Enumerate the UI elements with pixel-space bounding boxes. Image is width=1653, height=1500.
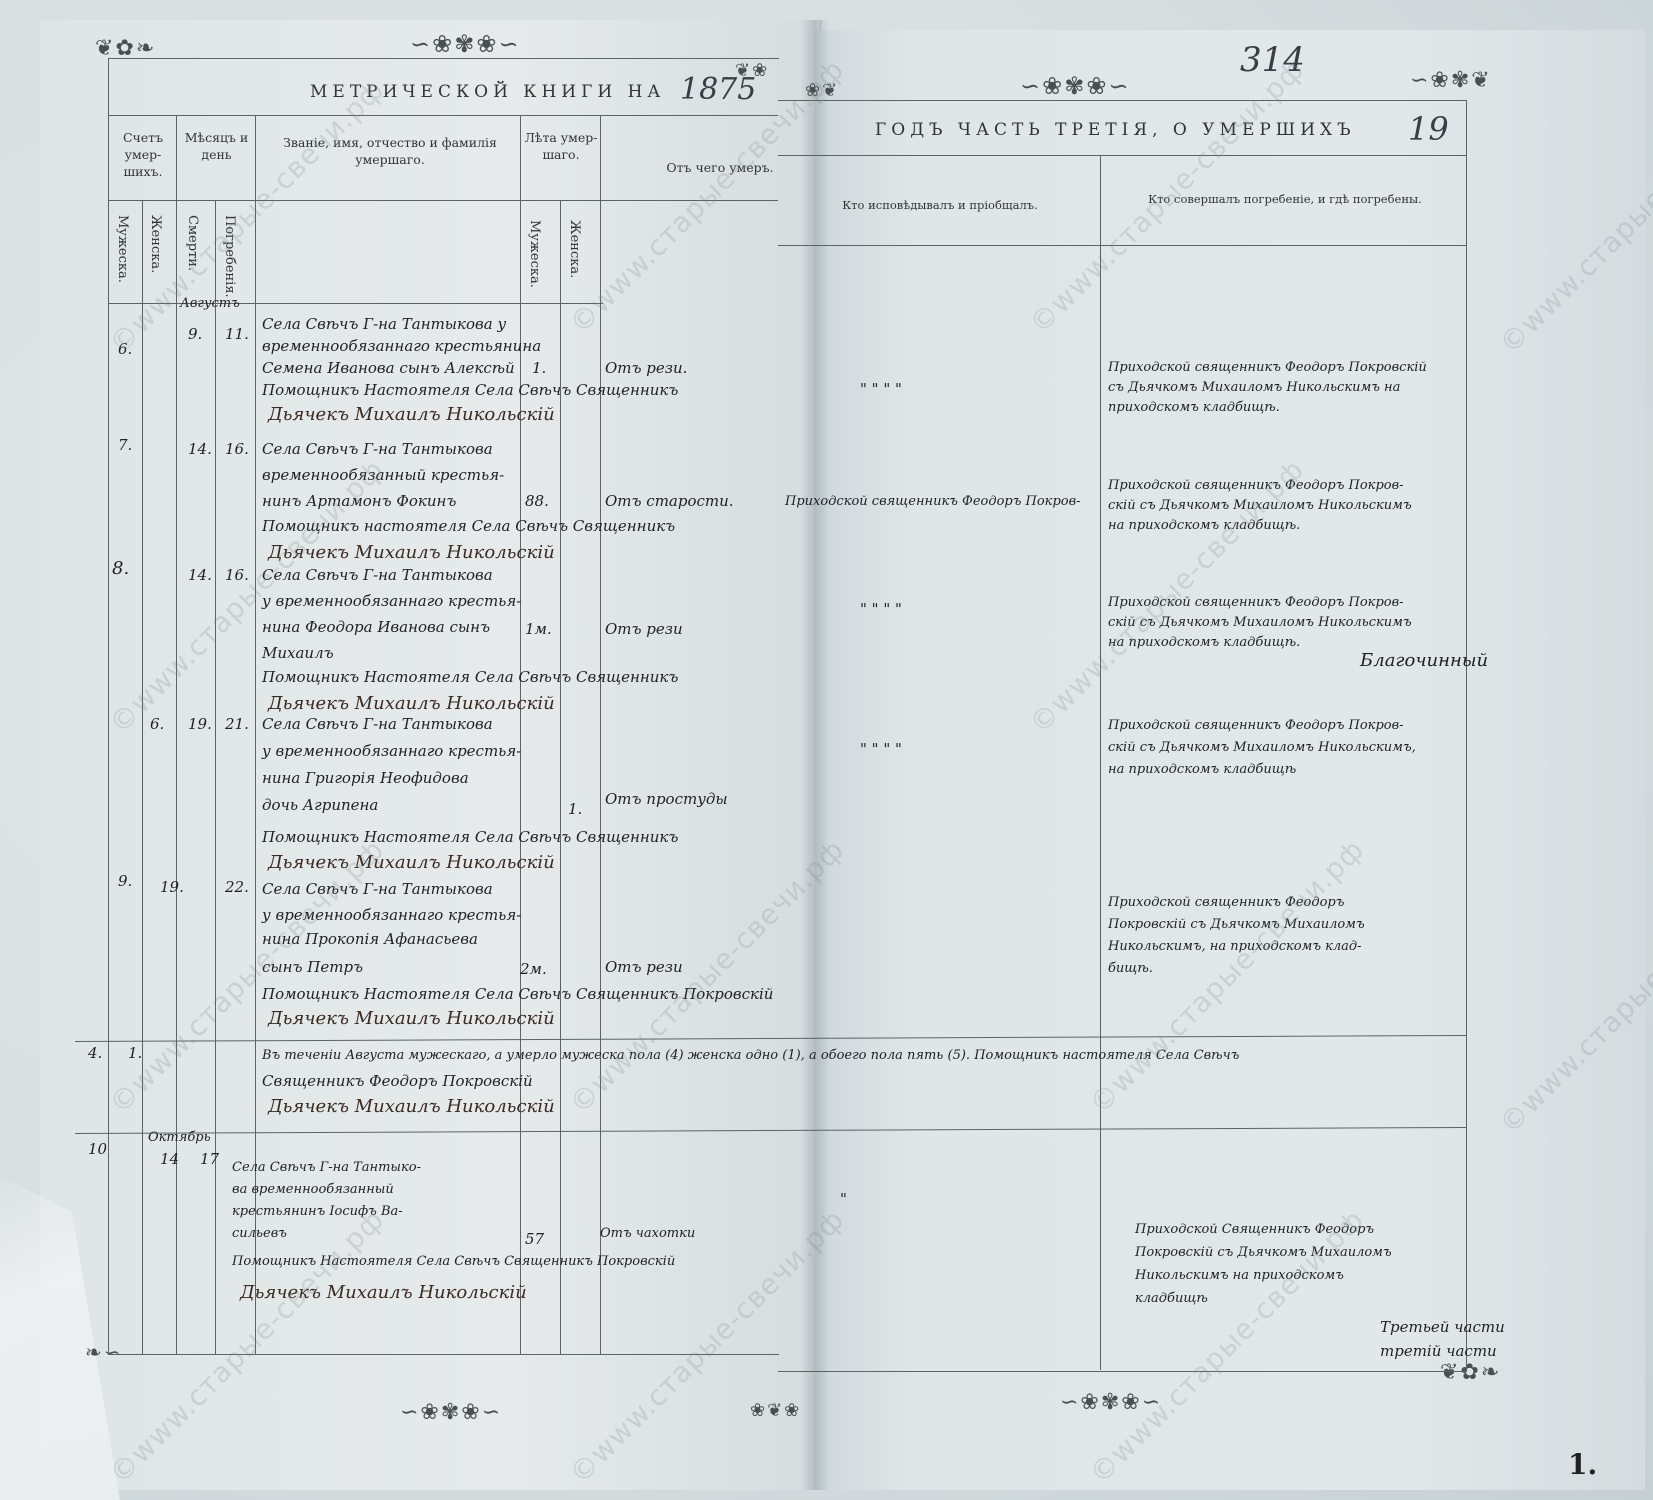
entry-name-line: Села Свѣчъ Г-на Тантыкова <box>262 440 493 458</box>
entry-male-no: 8. <box>112 558 129 579</box>
entry-burial-day: 21. <box>225 715 249 733</box>
footer-mark: 1. <box>1568 1448 1597 1481</box>
entry-age-male: 1. <box>532 359 546 377</box>
col-divider-count-sub <box>142 200 143 1355</box>
entry-age-male: 88. <box>525 492 549 510</box>
entry-burial-line: кладбищѣ <box>1135 1291 1208 1306</box>
summary-signature-priest: Священникъ Феодоръ Покровскій <box>262 1072 533 1090</box>
top-center-ornament-left-icon: ∽❀✾❀∽ <box>410 30 521 58</box>
entry-name-line: крестьянинъ Іосифъ Ва- <box>232 1204 403 1219</box>
subheader-age-male: Мужеска. <box>527 220 542 288</box>
corner-ornament-top-right-icon: ∽❀✾❦ <box>1410 68 1492 93</box>
right-page-frame <box>778 100 1467 1372</box>
entry-signature: Помощникъ Настоятеля Села Свѣчъ Священни… <box>262 985 773 1003</box>
col-divider-count <box>176 115 177 1355</box>
entry-burial-line: Никольскимъ на приходскомъ <box>1135 1268 1344 1283</box>
entry-death-day: 19. <box>160 878 184 896</box>
col-header-confessor: Кто исповѣдывалъ и пріобщалъ. <box>790 198 1090 214</box>
bottom-center-ornament-right-icon: ∽❀✾❀∽ <box>1060 1390 1162 1415</box>
entry-burial-line: скій съ Дьячкомъ Михаиломъ Никольскимъ <box>1108 498 1412 513</box>
entry-name-line: Села Свѣчъ Г-на Тантыкова <box>262 880 493 898</box>
entry-death-day: 14. <box>188 566 212 584</box>
entry-name-line: Села Свѣчъ Г-на Тантыко- <box>232 1160 421 1175</box>
entry-death-day: 9. <box>188 325 202 343</box>
entry-burial-day: 16. <box>225 440 249 458</box>
entry-male-no: 9. <box>118 872 132 890</box>
entry-name-line: сынъ Петръ <box>262 958 363 976</box>
entry-signature-deacon: Дьячекъ Михаилъ Никольскій <box>268 693 555 714</box>
col-header-cause: Отъ чего умеръ. <box>650 160 790 177</box>
entry-signature: Помощникъ Настоятеля Села Свѣчъ Священни… <box>262 828 678 846</box>
header-rule-right <box>778 155 1466 156</box>
entry-name-line: Села Свѣчъ Г-на Тантыкова <box>262 715 493 733</box>
entry-burial-line: Приходской Священникъ Феодоръ <box>1135 1222 1374 1237</box>
col-header-name: Званіе, имя, отчество и фамилія умершаго… <box>265 135 515 169</box>
entry-signature: Помощникъ Настоятеля Села Свѣчъ Священни… <box>262 381 678 399</box>
entry-burial-line: скій съ Дьячкомъ Михаиломъ Никольскимъ, <box>1108 740 1416 755</box>
entry-name-line: Села Свѣчъ Г-на Тантыкова у <box>262 315 506 333</box>
entry-cause: Отъ рези <box>605 620 683 638</box>
entry-burial-line: на приходскомъ кладбищѣ. <box>1108 518 1300 533</box>
entry-name-line: временнообязанный крестья- <box>262 466 504 484</box>
entry-age-male: 2м. <box>520 960 547 978</box>
entry-death-day: 14 <box>160 1150 179 1168</box>
entry-burial-line: Приходской священникъ Феодоръ <box>1108 895 1344 910</box>
summary-text: Въ теченіи Августа мужескаго, а умерло м… <box>262 1048 1239 1063</box>
entry-age-male: 1м. <box>525 620 552 638</box>
entry-male-no: 10 <box>88 1140 107 1158</box>
subheader-count-female: Женска. <box>148 215 163 273</box>
entry-name-line: временнообязаннаго крестьянина <box>262 337 541 355</box>
entry-burial-line: приходскомъ кладбищѣ. <box>1108 400 1280 415</box>
header-bottom-rule-right <box>778 245 1466 246</box>
col-divider-age <box>600 115 601 1355</box>
entry-male-no: 6. <box>118 340 132 358</box>
entry-death-day: 19. <box>188 715 212 733</box>
left-title: МЕТРИЧЕСКОЙ КНИГИ НА <box>310 82 665 102</box>
entry-burial-line: Покровскій съ Дьячкомъ Михаиломъ <box>1108 917 1365 932</box>
summary-male-total: 4. <box>88 1044 102 1062</box>
entry-month: Августъ <box>180 296 240 311</box>
entry-burial-day: 22. <box>225 878 249 896</box>
entry-signature-deacon: Дьячекъ Михаилъ Никольскій <box>268 404 555 425</box>
bottom-ornament-gutter-icon: ❀❦❀ <box>750 1400 801 1421</box>
entry-burial-day: 17 <box>200 1150 219 1168</box>
entry-signature-deacon: Дьячекъ Михаилъ Никольскій <box>268 542 555 563</box>
margin-note-blagochinny: Благочинный <box>1360 650 1488 671</box>
right-title: ГОДЪ ЧАСТЬ ТРЕТІЯ, О УМЕРШИХЪ <box>875 120 1356 140</box>
entry-age-female: 1. <box>568 800 582 818</box>
entry-name-line: нина Прокопія Афанасьева <box>262 930 478 948</box>
entry-burial-line: скій съ Дьячкомъ Михаиломъ Никольскимъ <box>1108 615 1412 630</box>
col-header-month-day: Мѣсяцъ и день <box>178 130 255 164</box>
entry-death-day: 14. <box>188 440 212 458</box>
book-spread: ❦✿❧ ∽❀✾❀∽ ❦❀ ❀❦ ∽❀✾❀∽ ∽❀✾❦ ❧∽ ∽❀✾❀∽ ❀❦❀ … <box>0 0 1653 1500</box>
entry-confessor: " " " " <box>860 600 902 618</box>
entry-burial-line: Покровскій съ Дьячкомъ Михаиломъ <box>1135 1245 1392 1260</box>
entry-burial-line: Приходской священникъ Феодоръ Покров- <box>1108 595 1404 610</box>
entry-signature: Помощникъ настоятеля Села Свѣчъ Священни… <box>262 517 675 535</box>
sheet-number-pencil: 314 <box>1240 40 1305 80</box>
summary-female-total: 1. <box>128 1044 142 1062</box>
col-divider-confessor <box>1100 155 1101 1370</box>
entry-age-male: 57 <box>525 1230 544 1248</box>
entry-name-line: Села Свѣчъ Г-на Тантыкова <box>262 566 493 584</box>
subheader-count-male: Мужеска. <box>115 215 130 283</box>
entry-cause: Отъ старости. <box>605 492 734 510</box>
subheader-rule-left <box>108 200 778 201</box>
entry-male-no: 7. <box>118 436 132 454</box>
entry-cause: Отъ чахотки <box>600 1226 695 1241</box>
page-number: 19 <box>1408 110 1449 148</box>
year-handwritten: 1875 <box>680 72 756 107</box>
entry-burial-line: на приходскомъ кладбищѣ <box>1108 762 1296 777</box>
summary-signature-deacon: Дьячекъ Михаилъ Никольскій <box>268 1096 555 1117</box>
entry-cause: Отъ простуды <box>605 790 728 808</box>
col-divider-name <box>520 115 521 1355</box>
entry-signature-deacon: Дьячекъ Михаилъ Никольскій <box>240 1282 527 1303</box>
entry-name-line: нинъ Артамонъ Фокинъ <box>262 492 456 510</box>
entry-burial-line: Никольскимъ, на приходскомъ клад- <box>1108 939 1362 954</box>
entry-confessor: Приходской священникъ Феодоръ Покров- <box>785 494 1081 509</box>
entry-cause: Отъ рези <box>605 958 683 976</box>
subheader-death: Смерти. <box>185 215 200 271</box>
entry-name-line: сильевъ <box>232 1226 287 1241</box>
top-left-ornament-right-icon: ❀❦ <box>805 80 839 101</box>
entry-burial-day: 11. <box>225 325 249 343</box>
entry-name-line: у временнообязаннаго крестья- <box>262 742 521 760</box>
col-header-count: Счетъ умер-шихъ. <box>110 130 176 181</box>
col-header-age: Лѣта умер-шаго. <box>522 130 600 164</box>
entry-name-line: нина Григорія Неофидова <box>262 769 469 787</box>
entry-name-line: дочь Агрипена <box>262 796 378 814</box>
entry-burial-line: бищѣ. <box>1108 961 1153 976</box>
entry-name-line: нина Феодора Иванова сынъ <box>262 618 490 636</box>
entry-confessor: " " " " <box>860 380 902 398</box>
subheader-age-female: Женска. <box>567 220 582 278</box>
col-divider-age-sub <box>560 200 561 1355</box>
entry-confessor: " " " " <box>860 740 902 758</box>
end-note: Третьей части <box>1380 1318 1505 1336</box>
entry-burial-line: Приходской священникъ Феодоръ Покров- <box>1108 718 1404 733</box>
entry-female-no: 6. <box>150 715 164 733</box>
entry-burial-line: на приходскомъ кладбищѣ. <box>1108 635 1300 650</box>
header-rule-left <box>108 115 778 116</box>
entry-name-line: ва временнообязанный <box>232 1182 394 1197</box>
col-header-burial: Кто совершалъ погребеніе, и гдѣ погребен… <box>1110 192 1460 208</box>
col-divider-month-sub <box>215 200 216 1355</box>
subheader-burial: Погребенія. <box>222 215 237 298</box>
entry-burial-line: съ Дьячкомъ Михаиломъ Никольскимъ на <box>1108 380 1400 395</box>
entry-burial-line: Приходской священникъ Феодоръ Покров- <box>1108 478 1404 493</box>
entry-cause: Отъ рези. <box>605 359 687 377</box>
entry-signature-deacon: Дьячекъ Михаилъ Никольскій <box>268 852 555 873</box>
entry-signature: Помощникъ Настоятеля Села Свѣчъ Священни… <box>262 668 678 686</box>
entry-name-line: Семена Иванова сынъ Алексѣй <box>262 359 515 377</box>
entry-burial-day: 16. <box>225 566 249 584</box>
entry-name-line: у временнообязаннаго крестья- <box>262 592 521 610</box>
entry-confessor: " <box>840 1190 847 1208</box>
entry-name-line: у временнообязаннаго крестья- <box>262 906 521 924</box>
end-note: третій части <box>1380 1342 1497 1360</box>
entry-name-line: Михаилъ <box>262 644 334 662</box>
entry-signature: Помощникъ Настоятеля Села Свѣчъ Священни… <box>232 1254 675 1269</box>
entry-month: Октябрь <box>148 1130 211 1145</box>
bottom-center-ornament-left-icon: ∽❀✾❀∽ <box>400 1400 502 1425</box>
entry-burial-line: Приходской священникъ Феодоръ Покровскій <box>1108 360 1427 375</box>
top-center-ornament-right-icon: ∽❀✾❀∽ <box>1020 72 1131 100</box>
entry-signature-deacon: Дьячекъ Михаилъ Никольскій <box>268 1008 555 1029</box>
